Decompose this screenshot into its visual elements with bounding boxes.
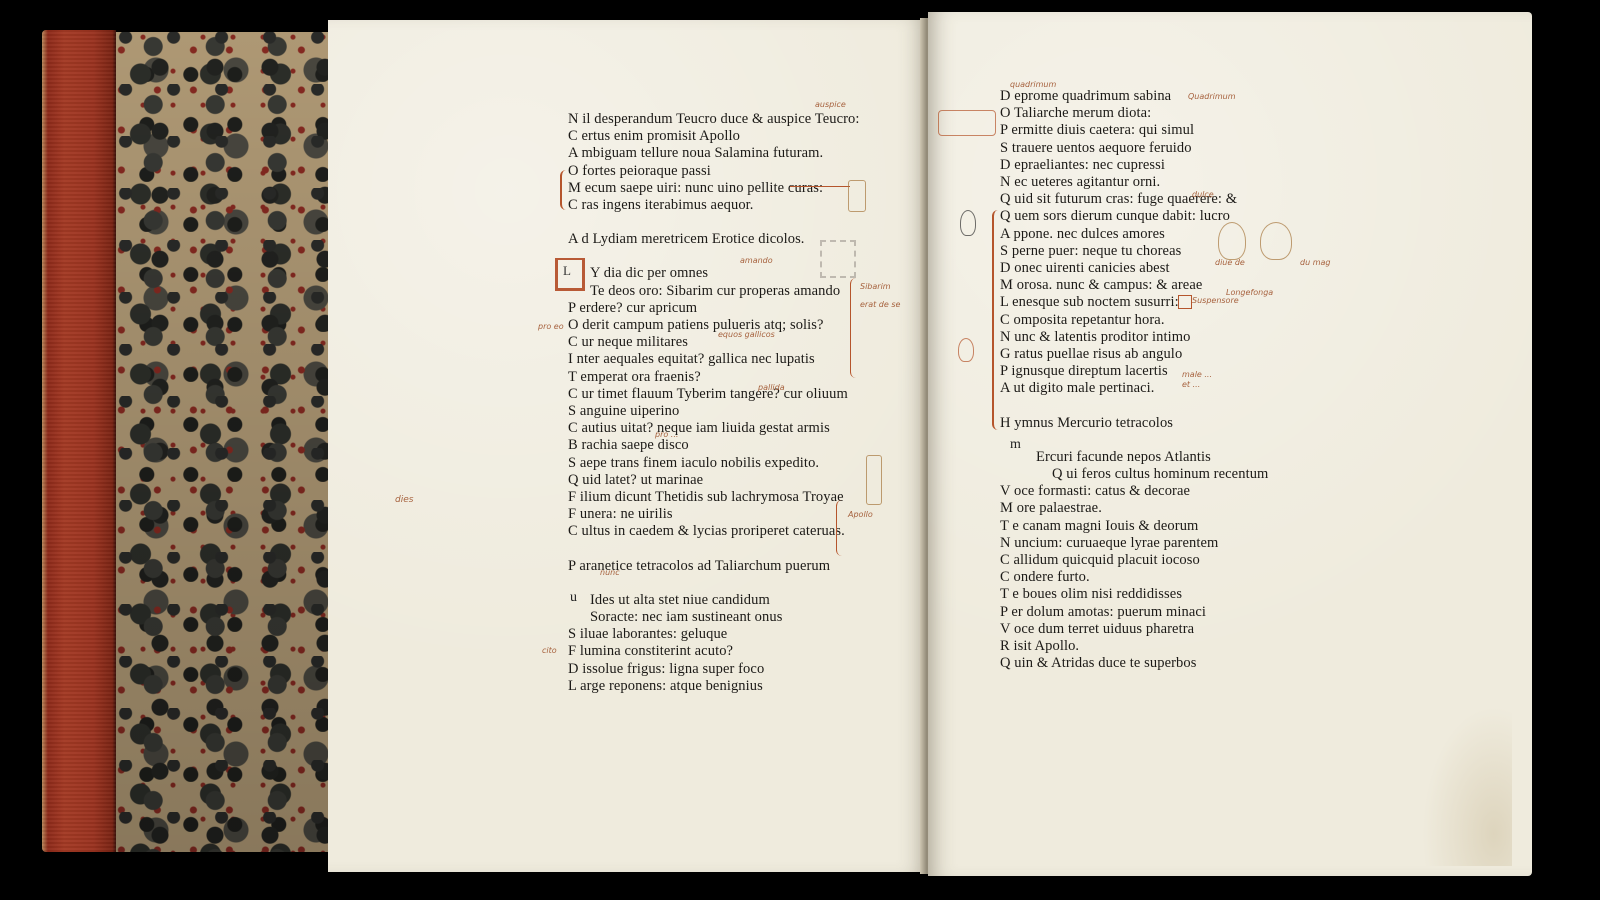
text-line: D epraeliantes: nec cupressi: [1000, 157, 1268, 174]
text-line: Y dia dic per omnes: [568, 265, 860, 282]
marginal-note: erat de se: [860, 300, 900, 309]
marginal-note: quadrimum: [1010, 80, 1056, 89]
marginal-note: amando: [740, 256, 773, 265]
text-line: N uncium: curuaeque lyrae parentem: [1000, 535, 1268, 552]
marginal-note: auspice: [815, 100, 846, 109]
text-line: F ilium dicunt Thetidis sub lachrymosa T…: [568, 489, 860, 506]
text-line: C ur timet flauum Tyberim tangere? cur o…: [568, 386, 860, 403]
text-line: T e canam magni Iouis & deorum: [1000, 518, 1268, 535]
text-line: B rachia saepe disco: [568, 437, 860, 454]
text-line: C ultus in caedem & lycias proriperet ca…: [568, 523, 860, 540]
text-line: V oce dum terret uiduus pharetra: [1000, 621, 1268, 638]
text-line: M ecum saepe uiri: nunc uino pellite cur…: [568, 180, 860, 197]
text-line: Q uid sit futurum cras: fuge quaerere: &: [1000, 191, 1268, 208]
marginal-note: du mag: [1300, 258, 1330, 267]
marginal-note: dies: [395, 495, 413, 505]
marginal-bracket: [560, 170, 570, 210]
marginal-bracket: [836, 500, 845, 556]
drawing-sketch: [960, 210, 976, 236]
marginal-bracket: [850, 278, 859, 378]
marginal-box: [1178, 295, 1192, 309]
book-spine-red-leather: [42, 30, 116, 852]
text-line: Q ui feros cultus hominum recentum: [1000, 466, 1268, 483]
text-line: Te deos oro: Sibarim cur properas amando: [568, 283, 860, 300]
text-line: C ondere furto.: [1000, 569, 1268, 586]
marginal-note: Suspensore: [1192, 296, 1239, 305]
page-stain: [1422, 706, 1512, 866]
text-line: O derit campum patiens pulueris atq; sol…: [568, 317, 860, 334]
marginal-note: cito: [542, 646, 557, 655]
drawing-sketch: [958, 338, 974, 362]
marginal-note: equos gallicos: [718, 330, 775, 339]
text-line: N il desperandum Teucro duce & auspice T…: [568, 111, 860, 128]
text-line: Ercuri facunde nepos Atlantis: [1000, 449, 1268, 466]
marbled-cover-board: [116, 32, 328, 852]
ode-title: A d Lydiam meretricem Erotice dicolos.: [568, 231, 860, 248]
text-line: Q uin & Atridas duce te superbos: [1000, 655, 1268, 672]
text-line: P er dolum amotas: puerum minaci: [1000, 604, 1268, 621]
text-line: V oce formasti: catus & decorae: [1000, 483, 1268, 500]
marginal-note: Quadrimum: [1188, 92, 1236, 101]
drawing-face-left: [1218, 222, 1246, 260]
ode-title: H ymnus Mercurio tetracolos: [1000, 415, 1268, 432]
text-line: N unc & latentis proditor intimo: [1000, 329, 1268, 346]
marginal-note: nunc: [600, 568, 620, 577]
text-line: I nter aequales equitat? gallica nec lup…: [568, 351, 860, 368]
drawing-sketch: [866, 455, 882, 505]
text-line: A mbiguam tellure noua Salamina futuram.: [568, 145, 860, 162]
text-line: T e boues olim nisi reddidisses: [1000, 586, 1268, 603]
text-line: L arge reponens: atque benignius: [568, 678, 860, 695]
marginal-note: et ...: [1182, 380, 1200, 389]
right-page-text: D eprome quadrimum sabina O Taliarche me…: [1000, 88, 1268, 673]
rubricated-initial-L: L: [555, 258, 585, 291]
manicule-hand-icon: [848, 180, 866, 212]
marginal-note: pro ...: [655, 430, 678, 439]
drawing-face-right: [1260, 222, 1292, 260]
text-line: R isit Apollo.: [1000, 638, 1268, 655]
marginal-note: Sibarim: [860, 282, 891, 291]
text-line: M ore palaestrae.: [1000, 500, 1268, 517]
marginal-note: male ...: [1182, 370, 1212, 379]
manicule-icon: [790, 186, 850, 187]
text-line: P ermitte diuis caetera: qui simul: [1000, 122, 1268, 139]
text-line: O Taliarche merum diota:: [1000, 105, 1268, 122]
text-line: C omposita repetantur hora.: [1000, 312, 1268, 329]
text-line: F unera: ne uirilis: [568, 506, 860, 523]
show-through-initial: [820, 240, 856, 278]
text-line: S iluae laborantes: geluque: [568, 626, 860, 643]
text-line: C allidum quicquid placuit iocoso: [1000, 552, 1268, 569]
text-line: C autius uitat? neque iam liuida gestat …: [568, 420, 860, 437]
text-line: C ras ingens iterabimus aequor.: [568, 197, 860, 214]
text-line: F lumina constiterint acuto?: [568, 643, 860, 660]
text-line: S anguine uiperino: [568, 403, 860, 420]
text-line: Soracte: nec iam sustineant onus: [568, 609, 860, 626]
drawing-building-sketch: [938, 110, 996, 136]
text-line: G ratus puellae risus ab angulo: [1000, 346, 1268, 363]
text-line: Ides ut alta stet niue candidum: [568, 592, 860, 609]
text-line: C ertus enim promisit Apollo: [568, 128, 860, 145]
marginal-bracket: [992, 210, 1002, 430]
text-line: S trauere uentos aequore feruido: [1000, 140, 1268, 157]
text-line: D issolue frigus: ligna super foco: [568, 661, 860, 678]
guide-letter-m: m: [1010, 437, 1021, 453]
marginal-note: diue de: [1215, 258, 1245, 267]
text-line: T emperat ora fraenis?: [568, 369, 860, 386]
text-line: S aepe trans finem iaculo nobilis expedi…: [568, 455, 860, 472]
marginal-note: pro eo: [538, 322, 564, 331]
left-page-text: N il desperandum Teucro duce & auspice T…: [568, 111, 860, 695]
blue-initial-V: u: [560, 576, 598, 612]
marginal-note: dulce: [1192, 190, 1214, 199]
marginal-note: Apollo: [848, 510, 873, 519]
text-line: N ec ueteres agitantur orni.: [1000, 174, 1268, 191]
text-line: P ignusque direptum lacertis: [1000, 363, 1268, 380]
text-line: A ut digito male pertinaci.: [1000, 380, 1268, 397]
marginal-note: pallida: [758, 383, 785, 392]
text-line: C ur neque militares: [568, 334, 860, 351]
text-line: Q uid latet? ut marinae: [568, 472, 860, 489]
text-line: P erdere? cur apricum: [568, 300, 860, 317]
text-line: O fortes peioraque passi: [568, 163, 860, 180]
